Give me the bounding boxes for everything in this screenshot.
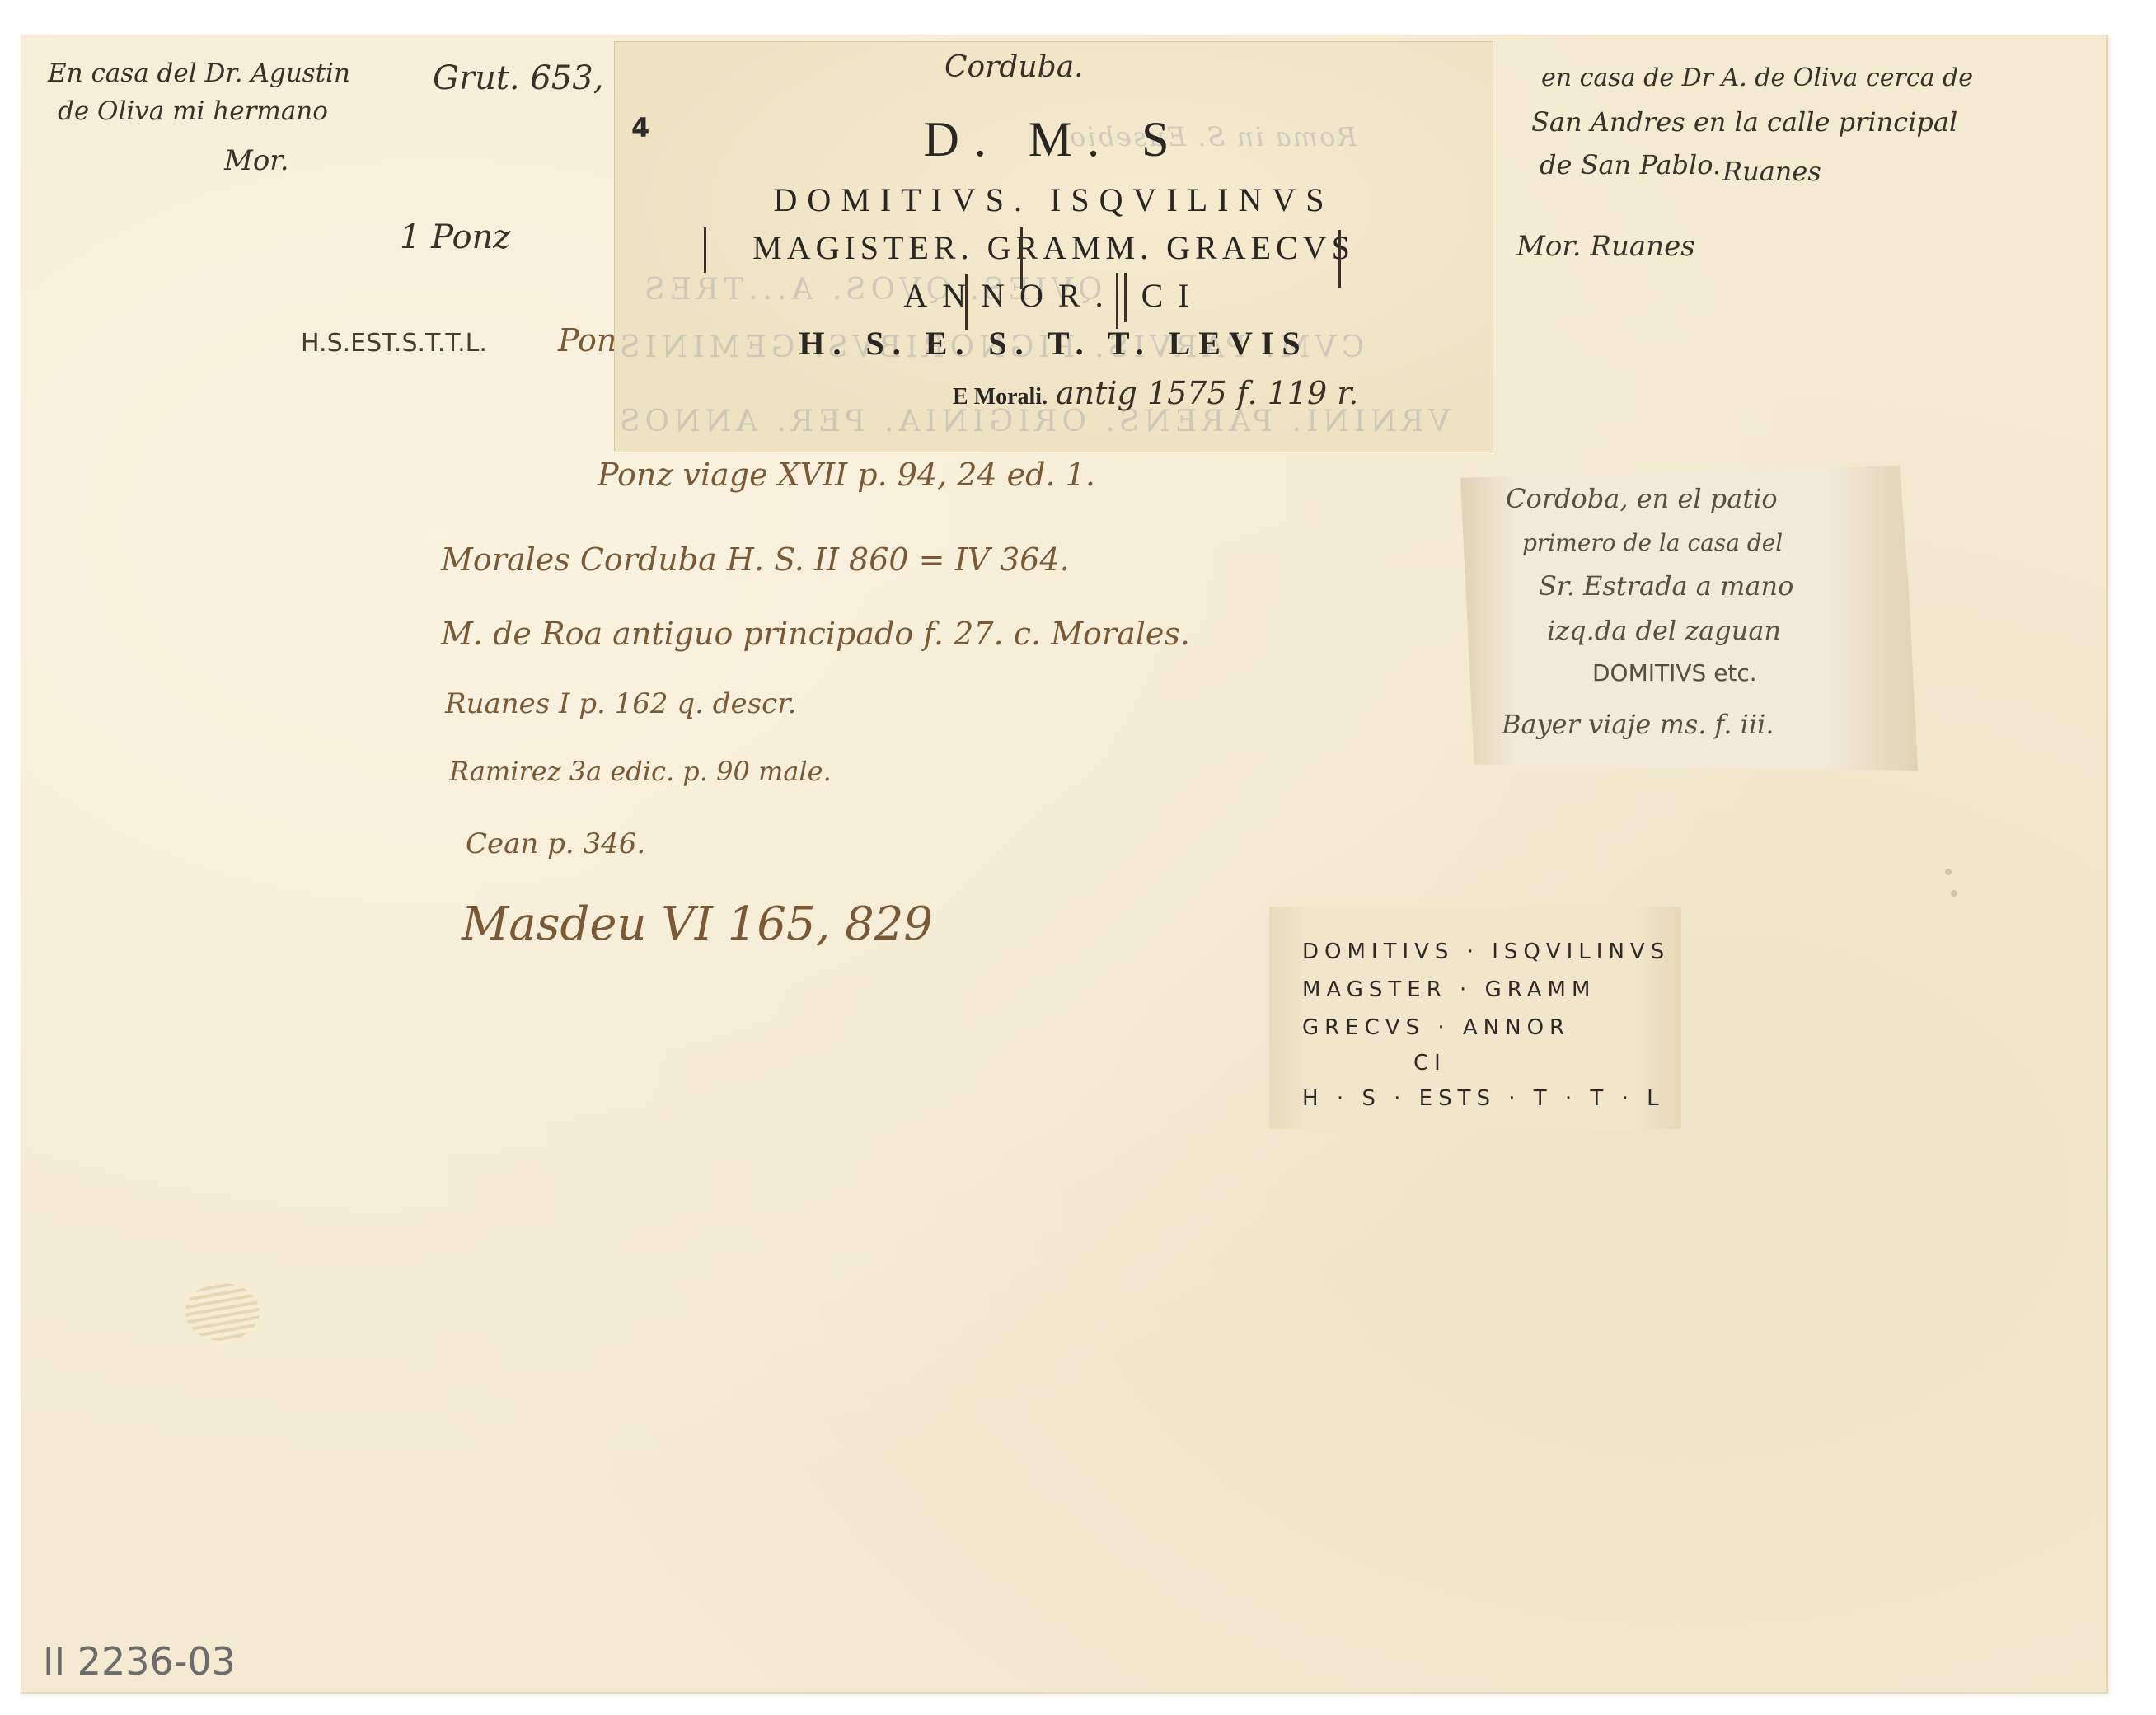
copy-line: GRECVS · ANNOR (1302, 1015, 1570, 1040)
transcription-copy-slip: DOMITIVS · ISQVILINVS MAGSTER · GRAMM GR… (1269, 907, 1681, 1129)
hs-transcription: H.S.EST.S.T.T.L. (301, 330, 487, 358)
top-right-signature: Ruanes (1722, 157, 1821, 187)
bibliography-item: Morales Corduba H. S. II 860 = IV 364. (441, 542, 1070, 579)
copy-line: MAGSTER · GRAMM (1302, 977, 1596, 1002)
bibliography-item: Masdeu VI 165, 829 (462, 898, 933, 951)
inscription-line-2: DOMITIVS. ISQVILINVS (615, 180, 1493, 219)
note-slip-line: Cordoba, en el patio (1506, 484, 1778, 514)
note-slip-line: DOMITIVS etc. (1592, 660, 1757, 686)
bibliography-item: Ruanes I p. 162 q. descr. (445, 688, 796, 720)
note-slip-line: Sr. Estrada a mano (1539, 571, 1793, 602)
note-slip-line: Bayer viaje ms. f. iii. (1502, 710, 1774, 740)
ponz-number-reference: 1 Ponz (400, 218, 510, 256)
inscription-line-4: ANNOR. CI (615, 276, 1493, 315)
note-slip-line: izq.da del zaguan (1547, 616, 1781, 646)
note-slip-line: primero de la casa del (1522, 530, 1783, 556)
copy-line: DOMITIVS · ISQVILINVS (1302, 940, 1670, 964)
top-right-note-line2: San Andres en la calle principal (1531, 107, 1957, 138)
top-left-note-line1: En casa del Dr. Agustin (48, 59, 350, 89)
fingerprint-stain (185, 1283, 260, 1341)
bibliography-item: Ramirez 3a edic. p. 90 male. (449, 757, 832, 787)
grut-reference: Grut. 653, (433, 59, 603, 97)
bibliography-item: Ponz viage XVII p. 94, 24 ed. 1. (598, 457, 1095, 494)
pinhole (1951, 890, 1957, 897)
pinhole (1945, 869, 1952, 875)
location-note-slip: Cordoba, en el patio primero de la casa … (1460, 466, 1918, 771)
bibliography-item: Cean p. 346. (466, 828, 645, 860)
top-right-note-line4: Mor. Ruanes (1516, 231, 1695, 263)
top-right-note-line3: de San Pablo. (1540, 150, 1721, 180)
line-break-mark (1020, 227, 1023, 289)
line-break-mark (1124, 273, 1127, 322)
top-right-note-line1: en casa de Dr A. de Oliva cerca de (1541, 64, 1973, 93)
inscription-line-1: D. M. S (615, 111, 1493, 168)
slip-heading: Corduba. (944, 50, 1084, 84)
catalog-number: II 2236-03 (43, 1640, 236, 1684)
inscription-line-3: MAGISTER. GRAMM. GRAECVS (615, 228, 1493, 267)
printed-inscription-slip: Roma in S. Eusebio QVIES. QVOS. A...TRES… (614, 41, 1493, 452)
copy-line: CI (1413, 1051, 1446, 1075)
line-break-mark (965, 274, 968, 330)
top-left-note-line3: Mor. (224, 145, 289, 177)
copy-line: H · S · ESTS · T · T · L (1302, 1086, 1665, 1111)
line-break-mark (1338, 230, 1341, 288)
printed-source: E Morali. (953, 384, 1048, 410)
inscription-line-5: H. S. E. S. T. T. LEVIS (615, 324, 1493, 363)
line-break-mark (704, 227, 706, 273)
line-break-mark (1116, 273, 1118, 329)
bibliography-item: M. de Roa antiguo principado f. 27. c. M… (441, 616, 1190, 653)
handwritten-source: antig 1575 f. 119 r. (1056, 376, 1358, 412)
top-left-note-line2: de Oliva mi hermano (58, 97, 328, 127)
